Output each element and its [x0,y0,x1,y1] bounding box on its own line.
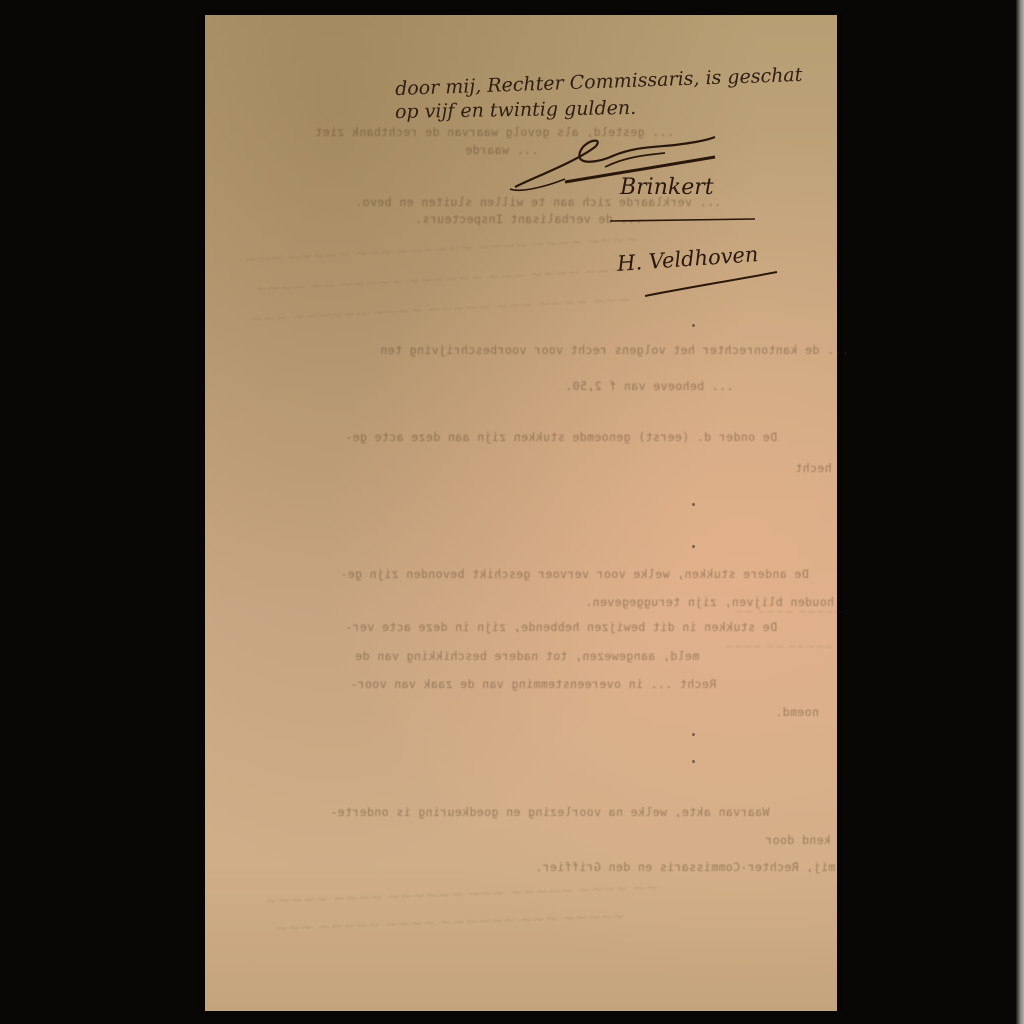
bleed-line: ... de kantonrechter het volgens recht v… [380,343,849,357]
background-edge-strip [1016,0,1024,1024]
ink-dot [692,545,695,548]
bleed-line: ... behoeve van f 2,50. [565,379,733,393]
margin-marks: ~~~~ ~~ ~~~~~ [725,640,833,653]
bleed-line: mij, Rechter-Commissaris en den Griffier… [535,860,835,874]
bleed-line: ... de verbalisant Inspecteurs. [415,212,642,226]
bleed-line: De onder d. (eerst) genoemde stukken zij… [345,430,777,444]
bleed-line: hecht [795,461,832,475]
ink-dot [692,760,695,763]
bleed-line: kend door [765,833,831,847]
bleed-line: Recht ... in overeenstemming van de zaak… [350,677,716,691]
bleed-line: Waarvan akte, welke na voorlezing en goe… [330,805,769,819]
signature-2: Brinkert [620,175,714,200]
bleed-line: De andere stukken, welke voor vervoer ge… [340,567,809,581]
bleed-line: meld, aangewezen, tot nadere beschikking… [355,649,699,663]
signature-3-underline [645,260,780,300]
ink-dot [692,324,695,327]
bleed-line: De stukken in dit bewijzen hebbende, zij… [345,620,777,634]
handwritten-annotation-line-2: op vijf en twintig gulden. [395,97,637,123]
ink-dot [692,503,695,506]
ink-dot [692,733,695,736]
bleed-line: noemd. [775,705,819,719]
document-page: ... gesteld, als gevolg waarvan de recht… [205,15,837,1011]
signature-2-underline [610,208,755,214]
margin-marks: ~~ ~~~~ ~~~~~ [735,605,843,618]
